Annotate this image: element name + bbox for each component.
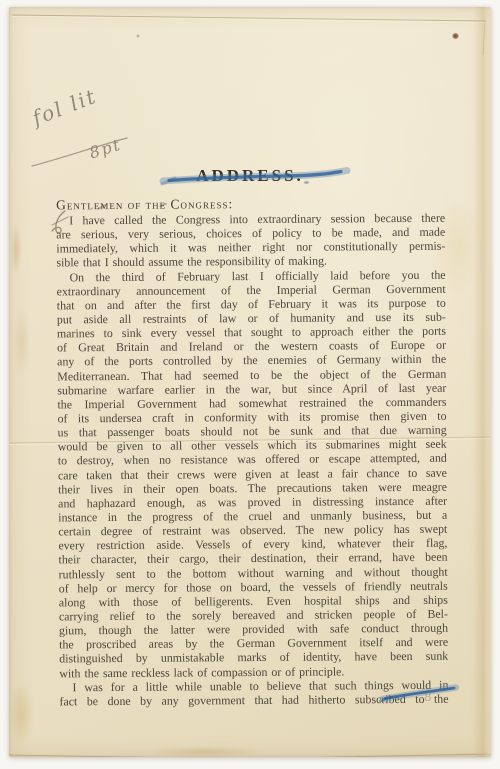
page-title: ADDRESS.	[196, 166, 304, 185]
edge-stain	[11, 225, 21, 273]
handwritten-note-fol-lit: fol lit	[29, 84, 100, 130]
text-line: distinguished by unmistakable marks of i…	[59, 649, 448, 666]
corner-stain	[10, 683, 32, 747]
right-edge-shading	[473, 7, 491, 757]
paragraph: I was for a little while unable to belie…	[59, 677, 448, 708]
edge-stain	[149, 747, 259, 757]
paragraphs: I have called the Congress into extraord…	[56, 211, 448, 709]
foxing-spot	[136, 34, 140, 38]
paragraph: I have called the Congress into extraord…	[56, 211, 445, 270]
edge-stain	[15, 307, 29, 377]
title-row: ADDRESS.	[9, 166, 491, 186]
document-page: fol lit 8pt ADDRESS. Gentlemen of the Co…	[9, 7, 491, 757]
foxing-spot	[452, 33, 459, 39]
paragraph: On the third of February last I official…	[57, 267, 449, 680]
body-text: Gentlemen of the Congress: I have called…	[56, 195, 449, 709]
handwritten-note-8pt: 8pt	[87, 135, 124, 163]
scan-background: fol lit 8pt ADDRESS. Gentlemen of the Co…	[0, 0, 500, 769]
text-line: fact be done by any government that had …	[59, 691, 448, 708]
